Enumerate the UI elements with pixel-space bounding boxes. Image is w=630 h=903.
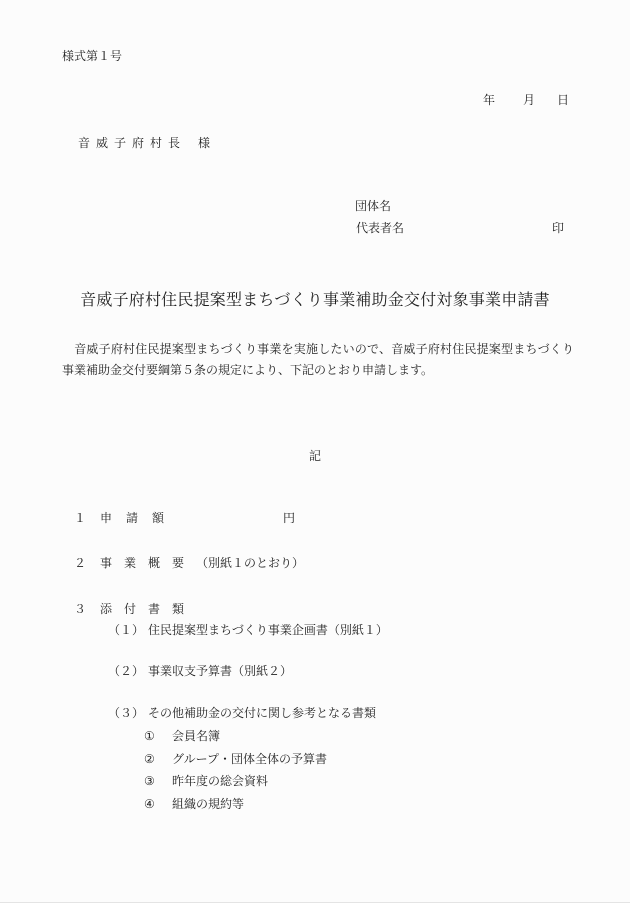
item-label: 事業概要	[100, 556, 196, 570]
attachment-row: （３） その他補助金の交付に関し参考となる書類	[0, 706, 630, 722]
item-number: ３	[74, 602, 86, 617]
circled-number-icon: ③	[144, 774, 155, 789]
sub-attachment-text: 会員名簿	[172, 729, 220, 744]
item-project-outline: ２ 事業概要（別紙１のとおり）	[0, 556, 630, 572]
currency-unit-label: 円	[283, 511, 295, 526]
item-label: 添付書類	[100, 602, 196, 617]
recipient-name: 音威子府村長	[78, 136, 186, 151]
attachment-number: （１）	[108, 623, 144, 638]
recipient-honorific: 様	[198, 136, 210, 151]
circled-number-icon: ②	[144, 752, 155, 767]
date-year-label: 年	[483, 93, 495, 108]
attachment-number: （３）	[108, 706, 144, 721]
sub-attachment-row: ④ 組織の規約等	[0, 797, 630, 813]
attachment-text: 事業収支予算書（別紙２）	[148, 664, 292, 679]
item-label: 申請額	[100, 511, 178, 526]
representative-name-label: 代表者名	[356, 221, 404, 236]
attachment-text: 住民提案型まちづくり事業企画書（別紙１）	[148, 623, 388, 638]
application-statement: 音威子府村住民提案型まちづくり事業を実施したいので、音威子府村住民提案型まちづく…	[62, 339, 574, 381]
item-detail: （別紙１のとおり）	[196, 556, 304, 570]
application-form-page: 様式第１号 年 月 日 音威子府村長 様 団体名 代表者名 印 音威子府村住民提…	[0, 0, 630, 903]
sub-attachment-row: ① 会員名簿	[0, 729, 630, 745]
item-number: ２	[74, 556, 86, 571]
item-attached-documents: ３ 添付書類	[0, 602, 630, 618]
seal-mark: 印	[552, 221, 564, 236]
sub-attachment-row: ② グループ・団体全体の予算書	[0, 752, 630, 768]
item-application-amount: １ 申請額 円	[0, 511, 630, 527]
circled-number-icon: ④	[144, 797, 155, 812]
date-month-label: 月	[523, 93, 535, 108]
sub-attachment-text: グループ・団体全体の予算書	[172, 752, 327, 767]
attachment-text: その他補助金の交付に関し参考となる書類	[148, 706, 376, 721]
date-day-label: 日	[557, 93, 569, 108]
attachment-row: （１） 住民提案型まちづくり事業企画書（別紙１）	[0, 623, 630, 639]
circled-number-icon: ①	[144, 729, 155, 744]
sub-attachment-text: 昨年度の総会資料	[172, 774, 268, 789]
document-title: 音威子府村住民提案型まちづくり事業補助金交付対象事業申請書	[0, 291, 630, 311]
attachment-number: （２）	[108, 664, 144, 679]
attachment-row: （２） 事業収支予算書（別紙２）	[0, 664, 630, 680]
form-number: 様式第１号	[62, 49, 122, 64]
item-number: １	[74, 511, 86, 526]
organization-name-label: 団体名	[355, 199, 391, 214]
sub-attachment-text: 組織の規約等	[172, 797, 244, 812]
sub-attachment-row: ③ 昨年度の総会資料	[0, 774, 630, 790]
note-marker: 記	[0, 449, 630, 464]
